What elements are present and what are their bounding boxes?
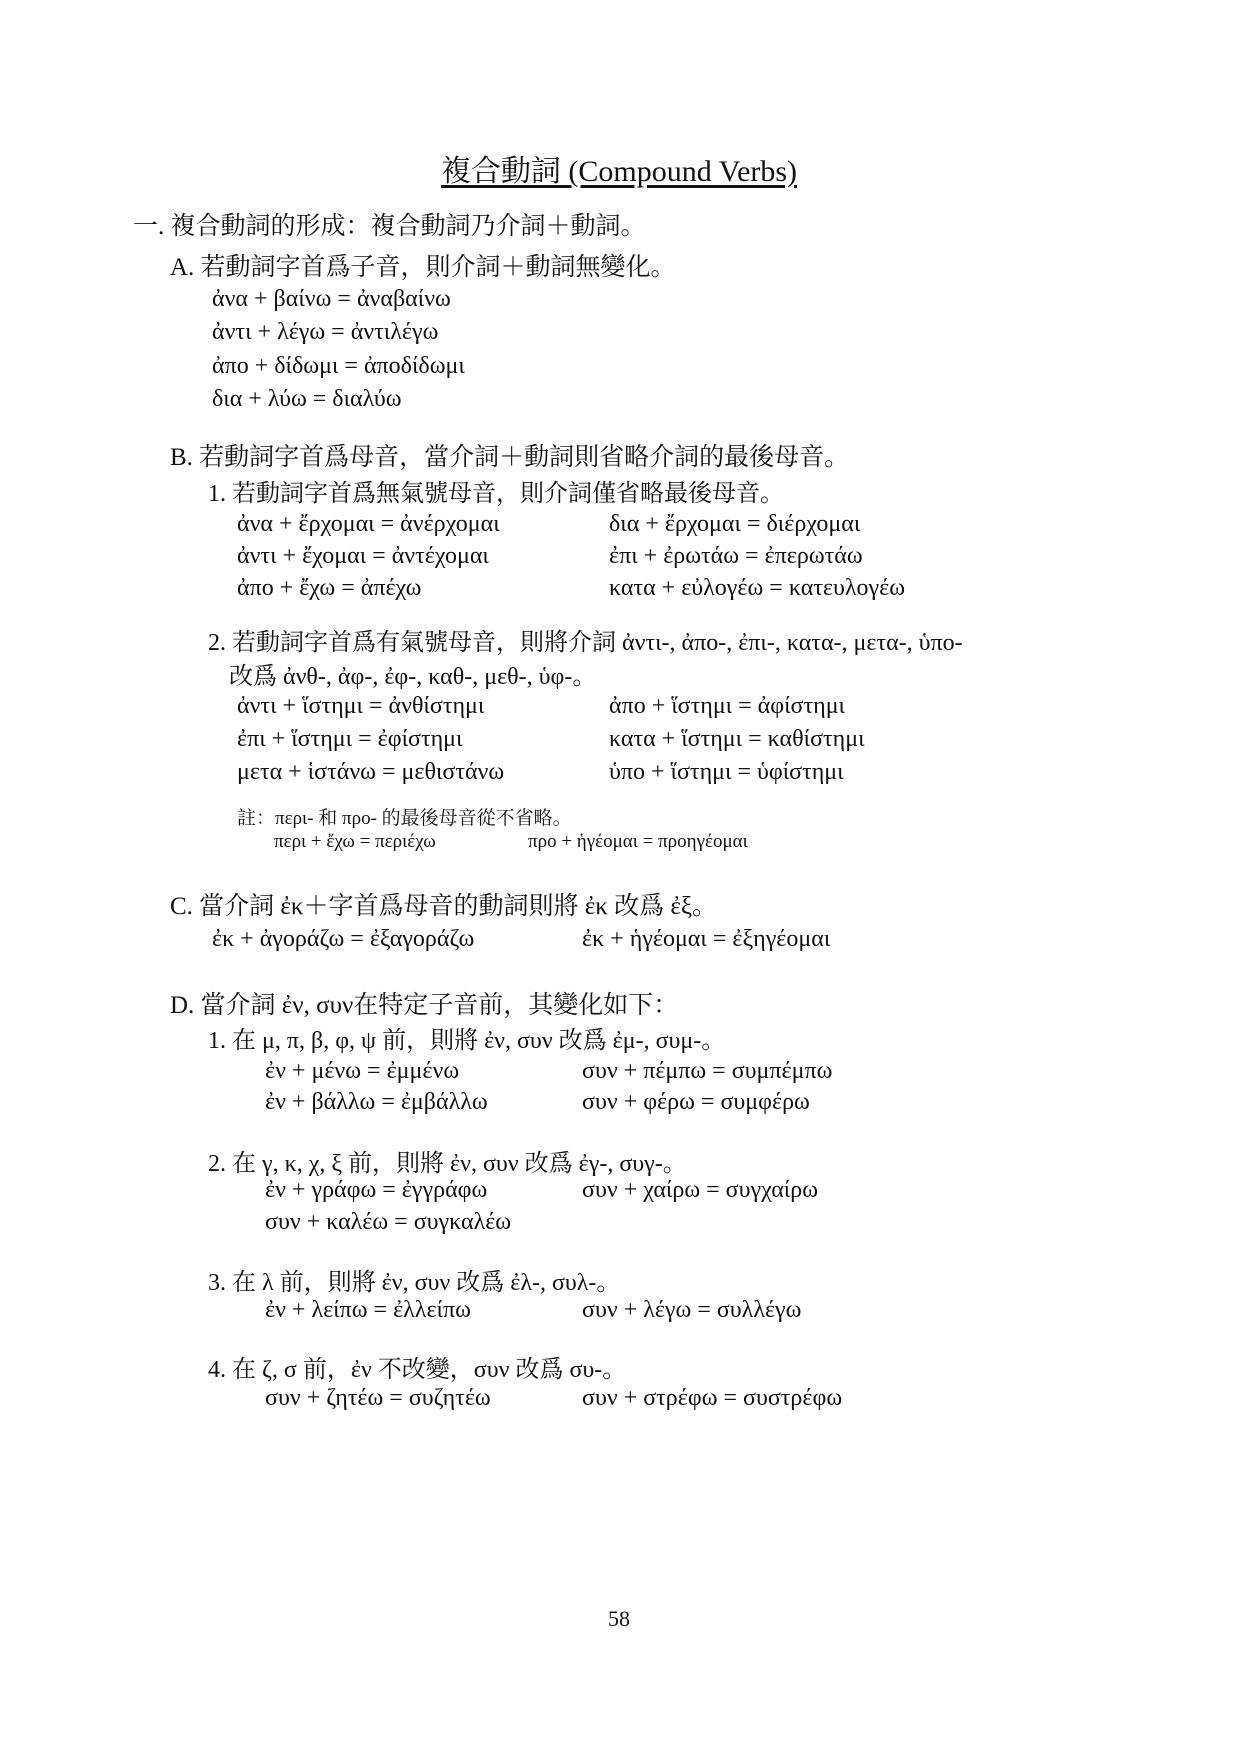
example-d1-right-2: συν + φέρω = συμφέρω [582, 1089, 810, 1116]
example-c-left: ἐκ + ἀγοράζω = ἐξαγοράζω [212, 926, 474, 953]
subsection-a-heading: A. 若動詞字首爲子音，則介詞＋動詞無變化。 [170, 247, 676, 283]
example-b1-left-2: ἀντι + ἔχομαι = ἀντέχομαι [237, 543, 489, 570]
example-b1-left-1: ἀνα + ἔρχομαι = ἀνέρχομαι [237, 511, 500, 538]
note-example-right: προ + ἡγέομαι = προηγέομαι [528, 831, 748, 853]
example-d4-right-1: συν + στρέφω = συστρέφω [582, 1385, 842, 1412]
subsection-d-heading: D. 當介詞 ἐν, συν在特定子音前，其變化如下： [170, 985, 678, 1021]
subsection-d4-heading: 4. 在 ζ, σ 前，ἐν 不改變，συν 改爲 συ-。 [208, 1349, 626, 1384]
page-title: 複合動詞 (Compound Verbs) [0, 146, 1238, 190]
example-d2-left-2: συν + καλέω = συγκαλέω [265, 1209, 511, 1236]
example-d1-left-2: ἐν + βάλλω = ἐμβάλλω [265, 1089, 488, 1116]
example-d3-left-1: ἐν + λείπω = ἐλλείπω [265, 1297, 471, 1324]
example-a-1: ἀνα + βαίνω = ἀναβαίνω [212, 286, 451, 313]
example-b2-left-1: ἀντι + ἵστημι = ἀνθίστημι [237, 693, 484, 720]
example-c-right: ἐκ + ἡγέομαι = ἐξηγέομαι [582, 926, 830, 953]
subsection-b-heading: B. 若動詞字首爲母音，當介詞＋動詞則省略介詞的最後母音。 [170, 437, 849, 473]
example-a-4: δια + λύω = διαλύω [212, 386, 402, 413]
subsection-d2-heading: 2. 在 γ, κ, χ, ξ 前，則將 ἐν, συν 改爲 ἐγ-, συγ… [208, 1143, 687, 1178]
note-text: 註：περι- 和 προ- 的最後母音從不省略。 [237, 803, 572, 830]
example-d1-right-1: συν + πέμπω = συμπέμπω [582, 1058, 832, 1085]
example-b2-right-1: ἀπο + ἵστημι = ἀφίστημι [609, 693, 845, 720]
subsection-d3-heading: 3. 在 λ 前，則將 ἐν, συν 改爲 ἐλ-, συλ-。 [208, 1262, 620, 1297]
subsection-b1-heading: 1. 若動詞字首爲無氣號母音，則介詞僅省略最後母音。 [208, 473, 784, 508]
example-b1-right-3: κατα + εὐλογέω = κατευλογέω [609, 575, 905, 602]
example-d1-left-1: ἐν + μένω = ἐμμένω [265, 1058, 459, 1085]
example-b2-right-3: ὑπο + ἵστημι = ὑφίστημι [609, 759, 844, 786]
subsection-c-heading: C. 當介詞 ἐκ＋字首爲母音的動詞則將 ἐκ 改爲 ἐξ。 [170, 886, 717, 922]
example-b2-left-3: μετα + ἱστάνω = μεθιστάνω [237, 759, 504, 786]
example-b2-right-2: κατα + ἵστημι = καθίστημι [609, 726, 865, 753]
page-number: 58 [0, 1606, 1238, 1632]
example-d3-right-1: συν + λέγω = συλλέγω [582, 1297, 801, 1324]
subsection-b2-heading-line2: 改爲 ἀνθ-, ἀφ-, ἐφ-, καθ-, μεθ-, ὑφ-。 [229, 656, 596, 691]
example-b1-right-1: δια + ἔρχομαι = διέρχομαι [609, 511, 860, 538]
example-b1-left-3: ἀπο + ἔχω = ἀπέχω [237, 575, 421, 602]
example-d2-right-1: συν + χαίρω = συγχαίρω [582, 1177, 818, 1204]
section-heading-1: 一. 複合動詞的形成：複合動詞乃介詞＋動詞。 [133, 206, 646, 242]
note-example-left: περι + ἔχω = περιέχω [274, 831, 436, 853]
example-a-2: ἀντι + λέγω = ἀντιλέγω [212, 319, 438, 346]
subsection-b2-heading-line1: 2. 若動詞字首爲有氣號母音，則將介詞 ἀντι-, ἀπο-, ἐπι-, κ… [208, 622, 963, 657]
example-d2-left-1: ἐν + γράφω = ἐγγράφω [265, 1177, 487, 1204]
example-b1-right-2: ἐπι + ἐρωτάω = ἐπερωτάω [609, 543, 863, 570]
example-d4-left-1: συν + ζητέω = συζητέω [265, 1385, 491, 1412]
example-b2-left-2: ἐπι + ἵστημι = ἐφίστημι [237, 726, 462, 753]
subsection-d1-heading: 1. 在 μ, π, β, φ, ψ 前，則將 ἐν, συν 改爲 ἐμ-, … [208, 1020, 725, 1055]
example-a-3: ἀπο + δίδωμι = ἀποδίδωμι [212, 353, 465, 380]
